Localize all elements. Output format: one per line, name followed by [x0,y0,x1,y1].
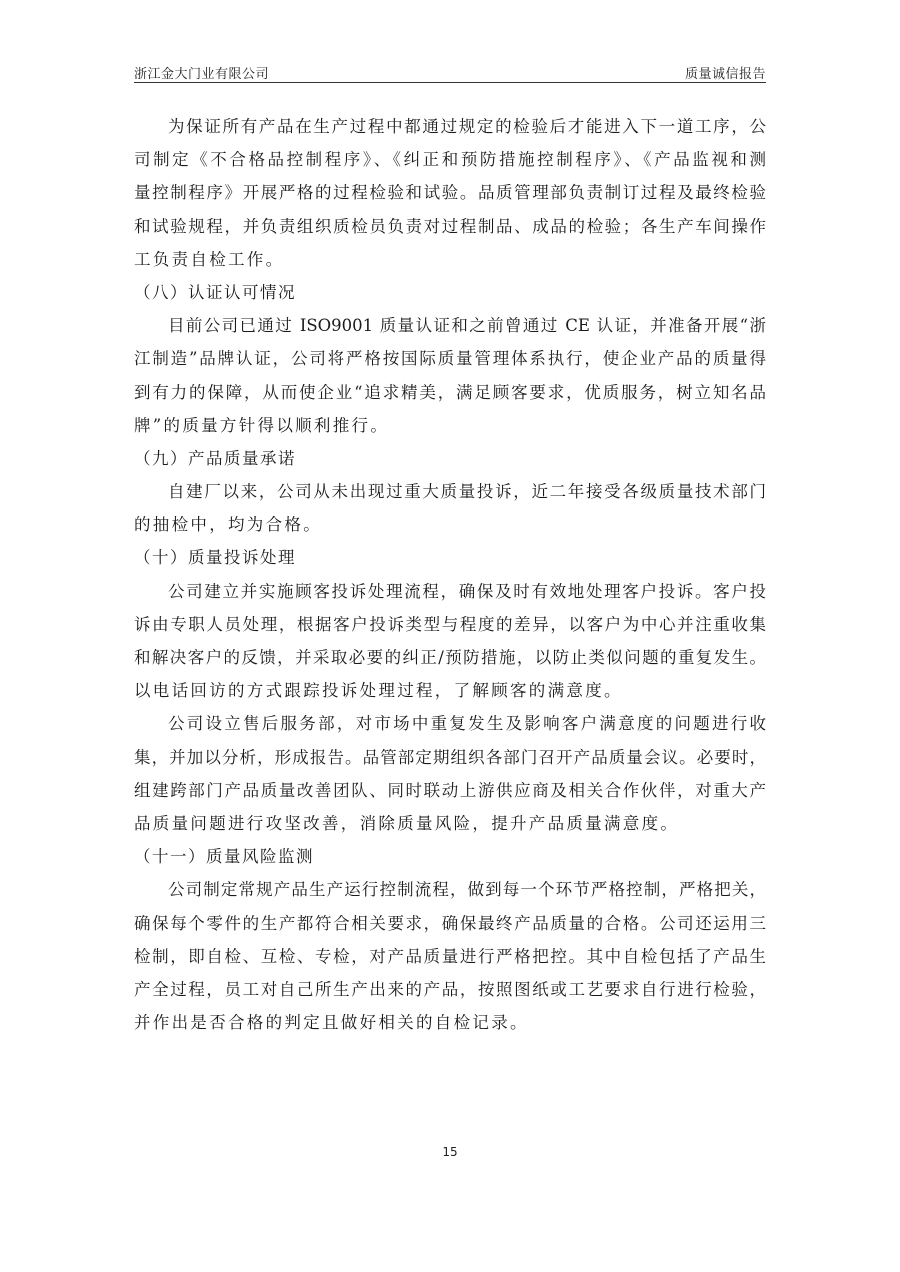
text-line: 到有力的保障，从而使企业“追求精美，满足顾客要求，优质服务，树立知名品 [134,376,766,409]
text-line: 公司制定常规产品生产运行控制流程，做到每一个环节严格控制，严格把关， [134,873,766,906]
text-line: 牌”的质量方针得以顺利推行。 [134,409,766,442]
text-line: 工负责自检工作。 [134,243,766,276]
section-heading-quality-commitment: （九）产品质量承诺 [134,442,766,475]
text-line: 并作出是否合格的判定且做好相关的自检记录。 [134,1006,766,1039]
page-number: 15 [0,1145,900,1159]
text-line: 为保证所有产品在生产过程中都通过规定的检验后才能进入下一道工序，公 [134,110,766,143]
text-line: 目前公司已通过 ISO9001 质量认证和之前曾通过 CE 认证，并准备开展“浙 [134,309,766,342]
paragraph-after-sales: 公司设立售后服务部，对市场中重复发生及影响客户满意度的问题进行收 集，并加以分析… [134,707,766,840]
text-line: 以电话回访的方式跟踪投诉处理过程，了解顾客的满意度。 [134,674,766,707]
text-line: 诉由专职人员处理，根据客户投诉类型与程度的差异，以客户为中心并注重收集 [134,608,766,641]
paragraph-certification: 目前公司已通过 ISO9001 质量认证和之前曾通过 CE 认证，并准备开展“浙… [134,309,766,442]
paragraph-risk-monitoring: 公司制定常规产品生产运行控制流程，做到每一个环节严格控制，严格把关， 确保每个零… [134,873,766,1039]
page-header: 浙江金大门业有限公司 质量诚信报告 [134,62,766,83]
text-line: 检制，即自检、互检、专检，对产品质量进行严格把控。其中自检包括了产品生 [134,940,766,973]
document-body: 为保证所有产品在生产过程中都通过规定的检验后才能进入下一道工序，公 司制定《不合… [134,110,766,1039]
paragraph-complaint-process: 公司建立并实施顾客投诉处理流程，确保及时有效地处理客户投诉。客户投 诉由专职人员… [134,575,766,708]
text-line: 江制造”品牌认证，公司将严格按国际质量管理体系执行，使企业产品的质量得 [134,342,766,375]
text-line: 和解决客户的反馈，并采取必要的纠正/预防措施，以防止类似问题的重复发生。 [134,641,766,674]
text-line: 自建厂以来，公司从未出现过重大质量投诉，近二年接受各级质量技术部门 [134,475,766,508]
text-line: 组建跨部门产品质量改善团队、同时联动上游供应商及相关合作伙伴，对重大产 [134,774,766,807]
text-line: 产全过程，员工对自己所生产出来的产品，按照图纸或工艺要求自行进行检验， [134,973,766,1006]
text-line: 集，并加以分析，形成报告。品管部定期组织各部门召开产品质量会议。必要时， [134,741,766,774]
text-line: 公司设立售后服务部，对市场中重复发生及影响客户满意度的问题进行收 [134,707,766,740]
text-line: 和试验规程，并负责组织质检员负责对过程制品、成品的检验；各生产车间操作 [134,210,766,243]
text-line: 司制定《不合格品控制程序》、《纠正和预防措施控制程序》、《产品监视和测 [134,143,766,176]
paragraph-inspection-procedures: 为保证所有产品在生产过程中都通过规定的检验后才能进入下一道工序，公 司制定《不合… [134,110,766,276]
section-heading-certification: （八）认证认可情况 [134,276,766,309]
company-name: 浙江金大门业有限公司 [134,63,269,82]
text-line: 的抽检中，均为合格。 [134,508,766,541]
section-heading-complaint-handling: （十）质量投诉处理 [134,541,766,574]
report-title: 质量诚信报告 [685,63,766,82]
text-line: 确保每个零件的生产都符合相关要求，确保最终产品质量的合格。公司还运用三 [134,907,766,940]
section-heading-risk-monitoring: （十一）质量风险监测 [134,840,766,873]
paragraph-quality-commitment: 自建厂以来，公司从未出现过重大质量投诉，近二年接受各级质量技术部门 的抽检中，均… [134,475,766,541]
text-line: 量控制程序》开展严格的过程检验和试验。品质管理部负责制订过程及最终检验 [134,176,766,209]
text-line: 公司建立并实施顾客投诉处理流程，确保及时有效地处理客户投诉。客户投 [134,575,766,608]
text-line: 品质量问题进行攻坚改善，消除质量风险，提升产品质量满意度。 [134,807,766,840]
